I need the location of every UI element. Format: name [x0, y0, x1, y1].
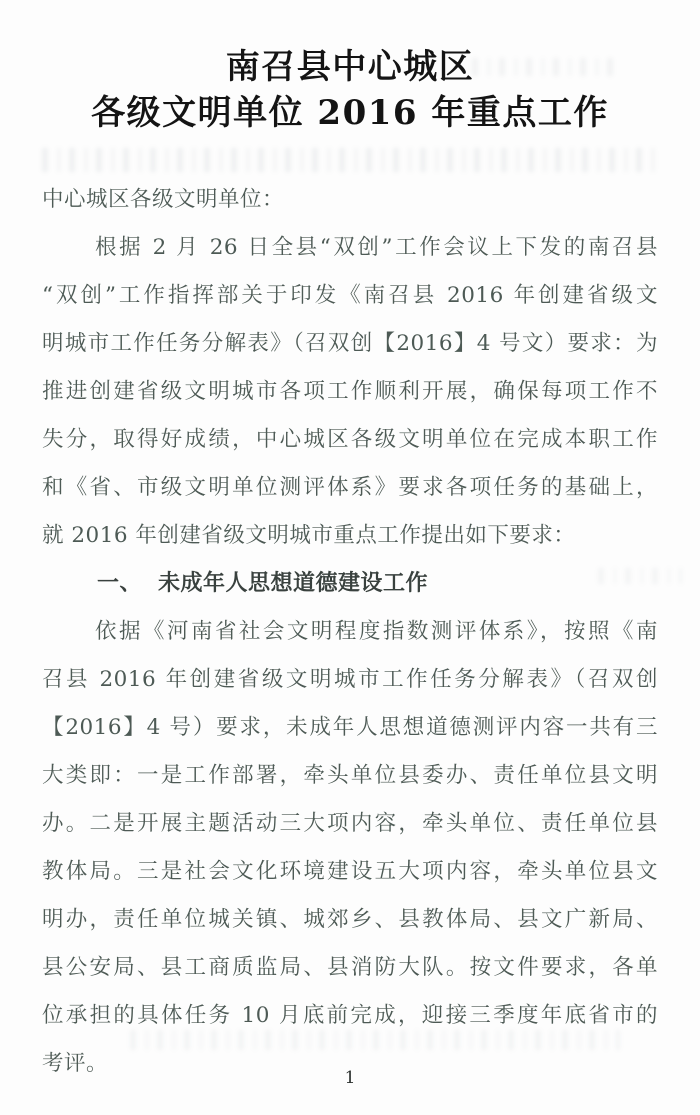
- body-line: 大类即：一是工作部署，牵头单位县委办、责任单位县文明: [42, 752, 658, 800]
- body-line: 明城市工作任务分解表》（召双创【2016】4 号文）要求：为: [42, 320, 658, 368]
- body-line: 【2016】4 号）要求，未成年人思想道德测评内容一共有三: [42, 704, 658, 752]
- salutation: 中心城区各级文明单位：: [42, 176, 658, 224]
- page-number: 1: [0, 1068, 700, 1088]
- section-heading-number: 一、: [97, 571, 142, 596]
- document-body: 中心城区各级文明单位： 根据 2 月 26 日全县“双创”工作会议上下发的南召县…: [42, 176, 658, 1088]
- body-line: 召县 2016 年创建省级文明城市工作任务分解表》（召双创: [42, 656, 658, 704]
- body-line: 位承担的具体任务 10 月底前完成，迎接三季度年底省市的: [42, 992, 658, 1040]
- section-heading-1: 一、未成年人思想道德建设工作: [42, 560, 658, 608]
- title-line-2: 各级文明单位 2016 年重点工作: [0, 90, 700, 136]
- body-line: 和《省、市级文明单位测评体系》要求各项任务的基础上，: [42, 464, 658, 512]
- title-line-1: 南召县中心城区: [0, 44, 700, 90]
- body-line: 依据《河南省社会文明程度指数测评体系》，按照《南: [42, 608, 658, 656]
- section-heading-text: 未成年人思想道德建设工作: [158, 571, 428, 596]
- body-line: 明办，责任单位城关镇、城郊乡、县教体局、县文广新局、: [42, 896, 658, 944]
- body-line: 办。二是开展主题活动三大项内容，牵头单位、责任单位县: [42, 800, 658, 848]
- body-line: “双创”工作指挥部关于印发《南召县 2016 年创建省级文: [42, 272, 658, 320]
- body-line: 教体局。三是社会文化环境建设五大项内容，牵头单位县文: [42, 848, 658, 896]
- body-line: 县公安局、县工商质监局、县消防大队。按文件要求，各单: [42, 944, 658, 992]
- body-line: 失分，取得好成绩，中心城区各级文明单位在完成本职工作: [42, 416, 658, 464]
- document-title: 南召县中心城区 各级文明单位 2016 年重点工作: [0, 44, 700, 136]
- scan-bleed-artifact: [42, 148, 658, 172]
- document-page: 南召县中心城区 各级文明单位 2016 年重点工作 中心城区各级文明单位： 根据…: [0, 0, 700, 1115]
- body-line: 根据 2 月 26 日全县“双创”工作会议上下发的南召县: [42, 224, 658, 272]
- body-line: 就 2016 年创建省级文明城市重点工作提出如下要求：: [42, 512, 658, 560]
- body-line: 推进创建省级文明城市各项工作顺利开展，确保每项工作不: [42, 368, 658, 416]
